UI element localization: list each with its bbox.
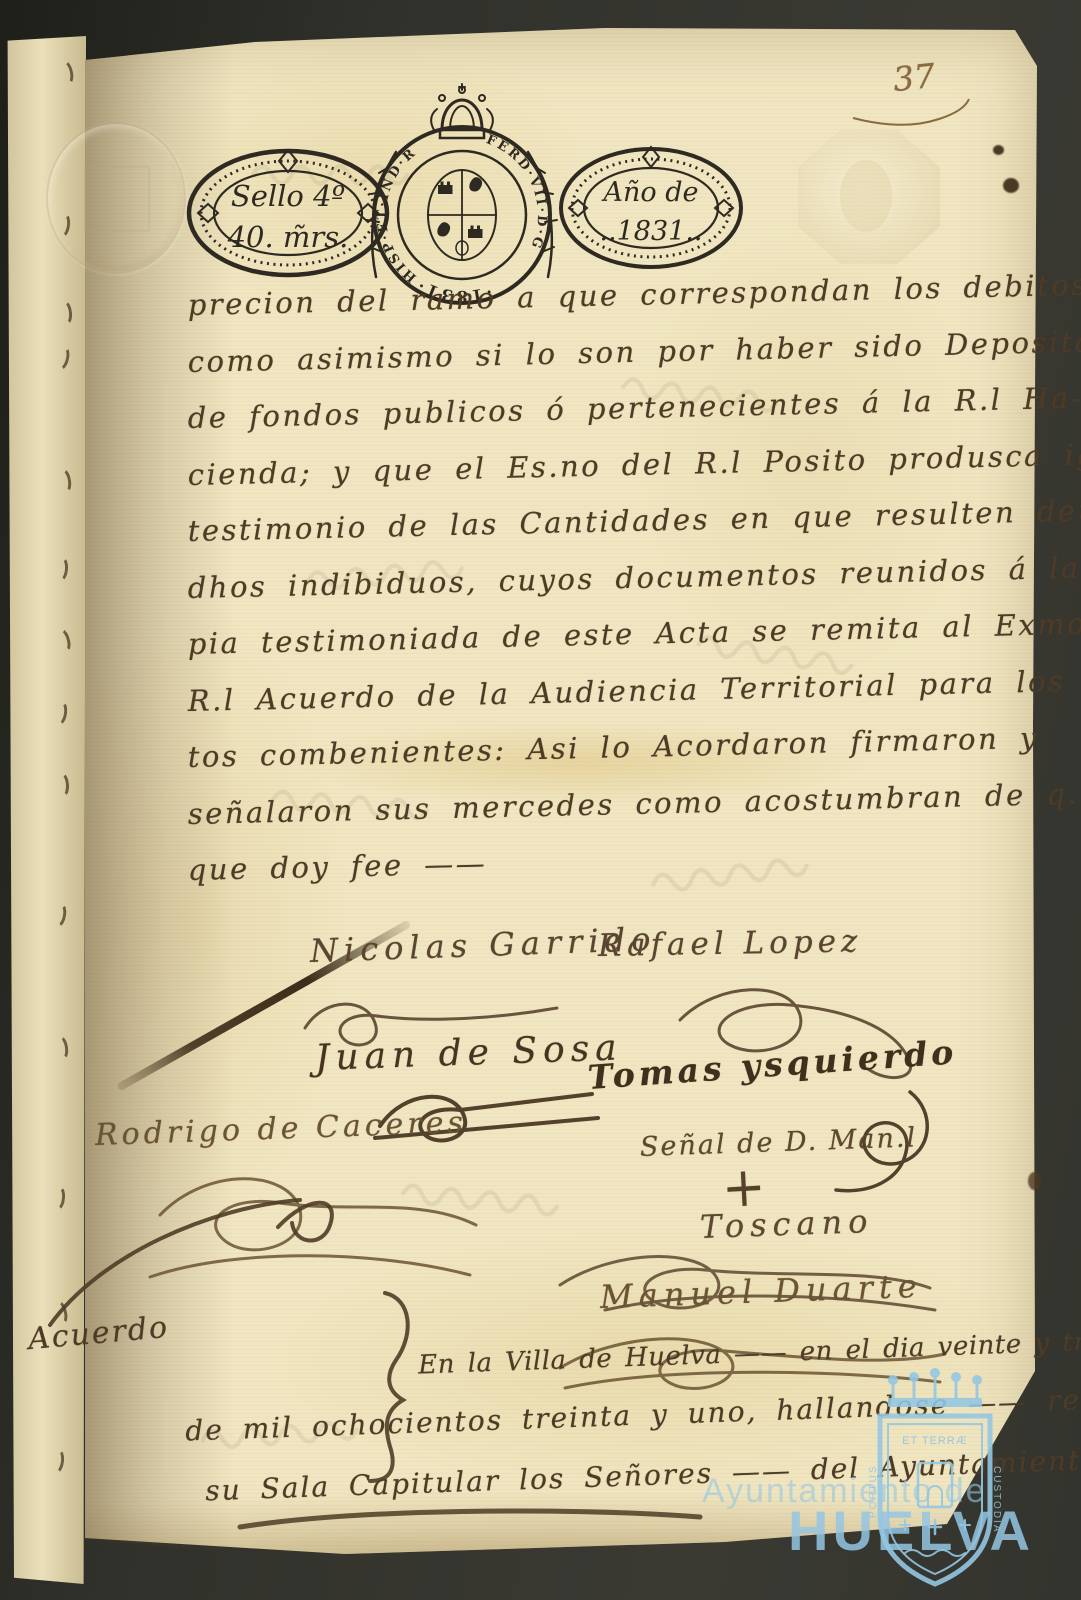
signature-lopez: Rafael Lopez [598,923,863,964]
folio-number: 37 [891,56,937,99]
stamp-denomination-line2: 40. m̃rs. [227,220,349,254]
stamp-year-line2: ..1831.. [599,216,702,247]
watermark-text-huelva: HUELVA [788,1498,1034,1563]
ink-stain [1028,1172,1041,1190]
ink-stain [1003,178,1019,193]
embossed-seal-left [46,122,186,274]
watermark-motto-top: ET TERRÆ [902,1435,968,1447]
scanned-manuscript: Sello 4º 40. m̃rs. [0,0,1081,1600]
tax-stamp-denomination: Sello 4º 40. m̃rs. [185,148,391,278]
tax-stamp-year: Año de ..1831.. [558,146,744,270]
stamp-year-line1: Año de [601,177,699,208]
huelva-watermark: ET TERRÆ PORTUS CUSTODIA Ayuntamiento de… [620,1360,1081,1600]
embossed-seal-inner [84,166,150,232]
embossed-portrait [840,160,892,232]
embossed-dry-seal-octagon [798,130,940,264]
folio-underline [845,94,975,126]
ink-stain [993,145,1004,155]
stamp-denomination-line1: Sello 4º [231,179,346,213]
manuscript-body: precion del ramo a que correspondan los … [188,288,1048,928]
